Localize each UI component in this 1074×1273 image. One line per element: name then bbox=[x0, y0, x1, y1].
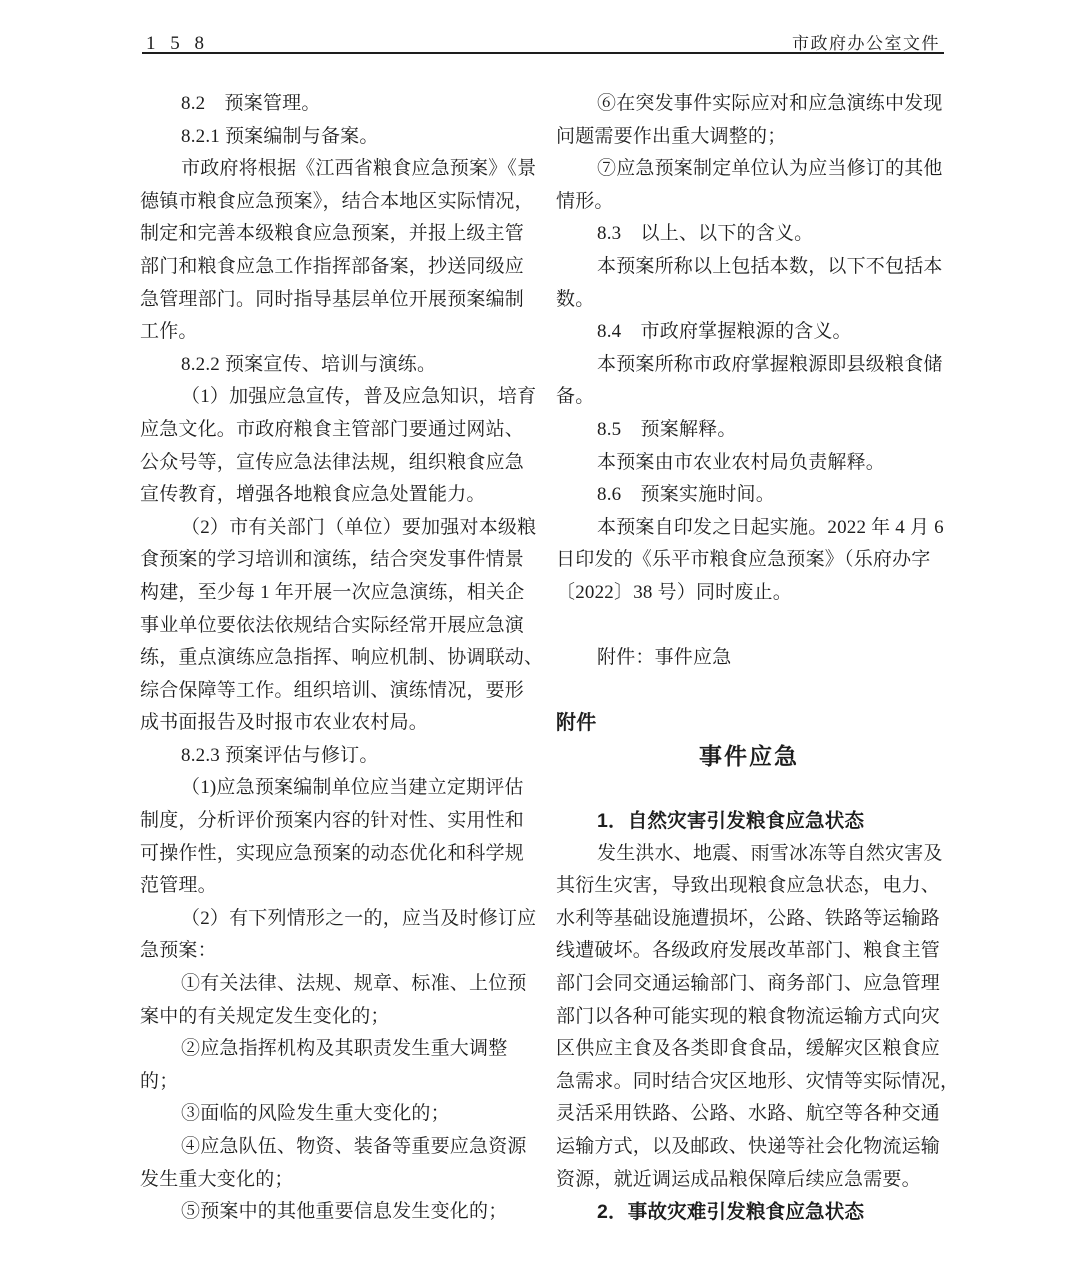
text-line: ②应急指挥机构及其职责发生重大调整 bbox=[140, 1033, 534, 1066]
section-heading-line: 8.4 市政府掌握粮源的含义。 bbox=[556, 316, 942, 349]
attachment-label: 附件 bbox=[556, 707, 942, 740]
text-line: 数。 bbox=[556, 284, 942, 317]
section-heading-line: 8.2 预案管理。 bbox=[140, 88, 534, 121]
text-line: 应急文化。市政府粮食主管部门要通过网站、 bbox=[140, 414, 534, 447]
document-type-label: 市政府办公室文件 bbox=[792, 29, 940, 54]
text-line: 急预案： bbox=[140, 935, 534, 968]
text-line: 综合保障等工作。组织培训、演练情况，要形 bbox=[140, 675, 534, 708]
text-line: ①有关法律、法规、规章、标准、上位预 bbox=[140, 968, 534, 1001]
text-line: 成书面报告及时报市农业农村局。 bbox=[140, 707, 534, 740]
section-heading-line: 8.3 以上、以下的含义。 bbox=[556, 218, 942, 251]
text-line: 本预案由市农业农村局负责解释。 bbox=[556, 447, 942, 480]
text-line: 急管理部门。同时指导基层单位开展预案编制 bbox=[140, 284, 534, 317]
text-line: 备。 bbox=[556, 381, 942, 414]
section-heading-line: 8.5 预案解释。 bbox=[556, 414, 942, 447]
text-line: 灵活采用铁路、公路、水路、航空等各种交通 bbox=[556, 1098, 942, 1131]
text-line: ⑤预案中的其他重要信息发生变化的； bbox=[140, 1196, 534, 1229]
text-line: 区供应主食及各类即食食品，缓解灾区粮食应 bbox=[556, 1033, 942, 1066]
section-heading-line: 8.2.2 预案宣传、培训与演练。 bbox=[140, 349, 534, 382]
document-page: 1 5 8 市政府办公室文件 8.2 预案管理。8.2.1 预案编制与备案。市政… bbox=[0, 0, 1074, 1273]
text-line: ⑥在突发事件实际应对和应急演练中发现 bbox=[556, 88, 942, 121]
section-heading-line: 8.2.1 预案编制与备案。 bbox=[140, 121, 534, 154]
text-line: 制定和完善本级粮食应急预案，并报上级主管 bbox=[140, 218, 534, 251]
bold-heading-line: 1．自然灾害引发粮食应急状态 bbox=[556, 805, 942, 838]
section-heading-line: 8.6 预案实施时间。 bbox=[556, 479, 942, 512]
text-line: 公众号等，宣传应急法律法规，组织粮食应急 bbox=[140, 447, 534, 480]
text-line: 食预案的学习培训和演练，结合突发事件情景 bbox=[140, 544, 534, 577]
text-line: 部门以各种可能实现的粮食物流运输方式向灾 bbox=[556, 1001, 942, 1034]
section-heading-line: 8.2.3 预案评估与修订。 bbox=[140, 740, 534, 773]
text-line: （1）加强应急宣传，普及应急知识，培育 bbox=[140, 381, 534, 414]
text-line: 构建，至少每 1 年开展一次应急演练，相关企 bbox=[140, 577, 534, 610]
text-line: 本预案所称以上包括本数，以下不包括本 bbox=[556, 251, 942, 284]
text-line: 制度，分析评价预案内容的针对性、实用性和 bbox=[140, 805, 534, 838]
text-line: 本预案所称市政府掌握粮源即县级粮食储 bbox=[556, 349, 942, 382]
blank-line bbox=[556, 772, 942, 805]
text-line: ④应急队伍、物资、装备等重要应急资源 bbox=[140, 1131, 534, 1164]
text-line: 本预案自印发之日起实施。2022 年 4 月 6 bbox=[556, 512, 942, 545]
text-line: 工作。 bbox=[140, 316, 534, 349]
text-line: 市政府将根据《江西省粮食应急预案》《景 bbox=[140, 153, 534, 186]
text-line: 德镇市粮食应急预案》，结合本地区实际情况， bbox=[140, 186, 534, 219]
left-column: 8.2 预案管理。8.2.1 预案编制与备案。市政府将根据《江西省粮食应急预案》… bbox=[140, 88, 534, 1229]
text-line: 宣传教育，增强各地粮食应急处置能力。 bbox=[140, 479, 534, 512]
blank-line bbox=[556, 675, 942, 708]
text-line: 急需求。同时结合灾区地形、灾情等实际情况， bbox=[556, 1066, 942, 1099]
text-line: 日印发的《乐平市粮食应急预案》（乐府办字 bbox=[556, 544, 942, 577]
right-column: ⑥在突发事件实际应对和应急演练中发现问题需要作出重大调整的；⑦应急预案制定单位认… bbox=[556, 88, 942, 1229]
attachment-title: 事件应急 bbox=[556, 740, 942, 773]
text-line: 〔2022〕38 号）同时废止。 bbox=[556, 577, 942, 610]
text-line: 发生洪水、地震、雨雪冰冻等自然灾害及 bbox=[556, 838, 942, 871]
bold-heading-line: 2．事故灾难引发粮食应急状态 bbox=[556, 1196, 942, 1229]
text-line: （1)应急预案编制单位应当建立定期评估 bbox=[140, 772, 534, 805]
text-line: 运输方式，以及邮政、快递等社会化物流运输 bbox=[556, 1131, 942, 1164]
text-line: 情形。 bbox=[556, 186, 942, 219]
text-line: 练，重点演练应急指挥、响应机制、协调联动、 bbox=[140, 642, 534, 675]
text-line: 问题需要作出重大调整的； bbox=[556, 121, 942, 154]
text-line: 范管理。 bbox=[140, 870, 534, 903]
text-line: 其衍生灾害，导致出现粮食应急状态，电力、 bbox=[556, 870, 942, 903]
text-line: 事业单位要依法依规结合实际经常开展应急演 bbox=[140, 610, 534, 643]
text-line: 可操作性，实现应急预案的动态优化和科学规 bbox=[140, 838, 534, 871]
text-line: 部门和粮食应急工作指挥部备案，抄送同级应 bbox=[140, 251, 534, 284]
text-line: 案中的有关规定发生变化的； bbox=[140, 1001, 534, 1034]
text-line: （2）市有关部门（单位）要加强对本级粮 bbox=[140, 512, 534, 545]
blank-line bbox=[556, 610, 942, 643]
text-line: ③面临的风险发生重大变化的； bbox=[140, 1098, 534, 1131]
text-line: 附件：事件应急 bbox=[556, 642, 942, 675]
text-line: 线遭破坏。各级政府发展改革部门、粮食主管 bbox=[556, 935, 942, 968]
header-rule bbox=[142, 52, 944, 54]
text-line: ⑦应急预案制定单位认为应当修订的其他 bbox=[556, 153, 942, 186]
text-line: 资源，就近调运成品粮保障后续应急需要。 bbox=[556, 1164, 942, 1197]
text-line: （2）有下列情形之一的，应当及时修订应 bbox=[140, 903, 534, 936]
text-line: 的； bbox=[140, 1066, 534, 1099]
text-line: 部门会同交通运输部门、商务部门、应急管理 bbox=[556, 968, 942, 1001]
text-line: 水利等基础设施遭损坏，公路、铁路等运输路 bbox=[556, 903, 942, 936]
text-line: 发生重大变化的； bbox=[140, 1164, 534, 1197]
